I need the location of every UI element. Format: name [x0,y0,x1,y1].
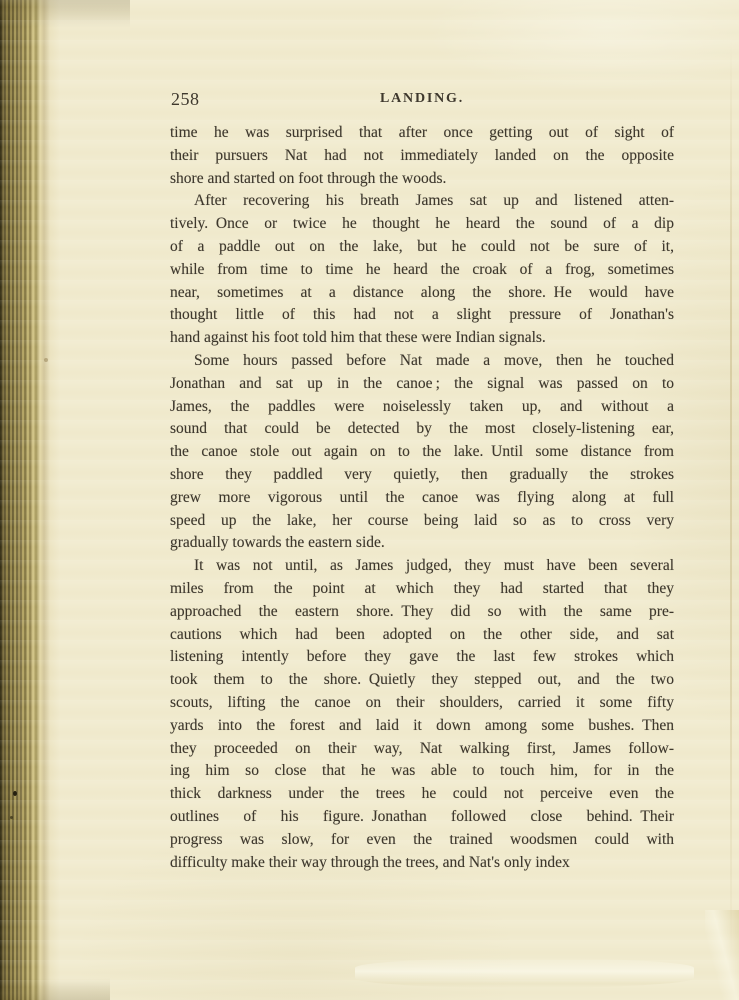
page-body: time he was surprised that after once ge… [170,122,674,874]
text-line: speed up the lake, her course being laid… [170,510,674,533]
paragraph: Some hours passed before Nat made a move… [170,350,674,555]
text-line: ing him so close that he was able to tou… [170,760,674,783]
text-line: miles from the point at which they had s… [170,578,674,601]
text-line: progress was slow, for even the trained … [170,829,674,852]
paper-stain [44,358,48,362]
text-line: thought little of this had not a slight … [170,304,674,327]
paragraph: time he was surprised that after once ge… [170,122,674,190]
text-line: listening intently before they gave the … [170,646,674,669]
text-line: took them to the shore. Quietly they ste… [170,669,674,692]
text-line: James, the paddles were noiselessly take… [170,396,674,419]
scanned-book-page: 258 LANDING. time he was surprised that … [0,0,739,1000]
text-line: time he was surprised that after once ge… [170,122,674,145]
text-line: shore and started on foot through the wo… [170,168,674,191]
text-line: hand against his foot told him that thes… [170,327,674,350]
printed-page-content: 258 LANDING. time he was surprised that … [170,0,674,1000]
text-line: Jonathan and sat up in the canoe ; the s… [170,373,674,396]
binding-bottom-shadow [0,978,110,1000]
text-line: yards into the forest and laid it down a… [170,715,674,738]
text-line: grew more vigorous until the canoe was f… [170,487,674,510]
page-number: 258 [171,90,200,108]
text-line: thick darkness under the trees he could … [170,783,674,806]
text-line: they proceeded on their way, Nat walking… [170,738,674,761]
book-binding-edge [0,0,60,1000]
paragraph: It was not until, as James judged, they … [170,555,674,874]
text-line: near, sometimes at a distance along the … [170,282,674,305]
text-line: approached the eastern shore. They did s… [170,601,674,624]
page-header: 258 LANDING. [170,90,674,110]
text-line: of a paddle out on the lake, but he coul… [170,236,674,259]
text-line: sound that could be detected by the most… [170,418,674,441]
text-line: After recovering his breath James sat up… [170,190,674,213]
text-line: Some hours passed before Nat made a move… [170,350,674,373]
page-edge-crease [730,40,732,960]
text-line: tively. Once or twice he thought he hear… [170,213,674,236]
bottom-right-corner-fold [705,910,739,1000]
text-line: shore they paddled very quietly, then gr… [170,464,674,487]
text-line: while from time to time he heard the cro… [170,259,674,282]
running-header: LANDING. [380,92,464,106]
text-line: their pursuers Nat had not immediately l… [170,145,674,168]
ink-speck [10,816,13,819]
text-line: cautions which had been adopted on the o… [170,624,674,647]
text-line: the canoe stole out again on to the lake… [170,441,674,464]
text-line: scouts, lifting the canoe on their shoul… [170,692,674,715]
text-line: It was not until, as James judged, they … [170,555,674,578]
ink-speck [13,791,17,796]
text-line: outlines of his figure. Jonathan followe… [170,806,674,829]
text-line: difficulty make their way through the tr… [170,852,674,875]
text-line: gradually towards the eastern side. [170,532,674,555]
binding-top-shadow [0,0,130,28]
paragraph: After recovering his breath James sat up… [170,190,674,350]
